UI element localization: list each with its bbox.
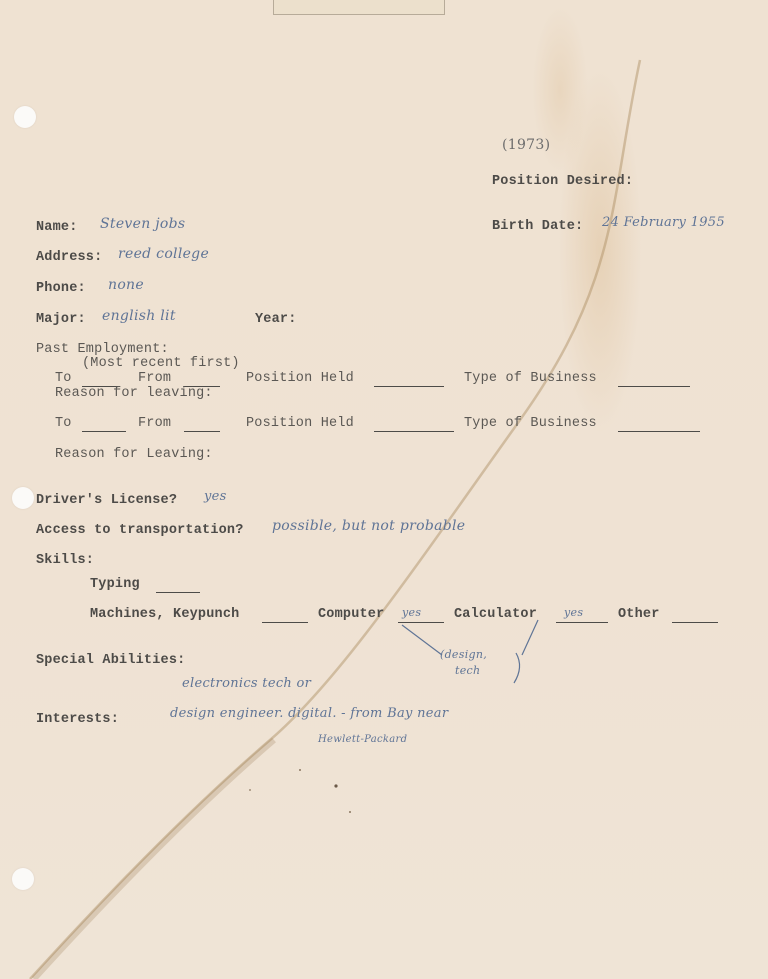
transportation-label: Access to transportation?: [36, 523, 244, 538]
special-abilities-value: electronics tech or: [182, 676, 311, 691]
transportation-value: possible, but not probable: [272, 518, 465, 534]
other-label: Other: [618, 607, 660, 622]
phone-value: none: [108, 277, 144, 293]
phone-label: Phone:: [36, 281, 86, 296]
major-value: english lit: [102, 308, 176, 324]
to-label: To: [55, 371, 72, 386]
year-annotation: (1973): [502, 137, 550, 153]
past-employment-label: Past Employment:: [36, 342, 169, 357]
typing-label: Typing: [90, 577, 140, 592]
from-blank: [184, 421, 220, 432]
to-label: To: [55, 416, 72, 431]
interests-value: design engineer. digital. - from Bay nea…: [170, 706, 448, 721]
type-of-business-label: Type of Business: [464, 371, 597, 386]
hole-punch-top: [14, 106, 36, 128]
typing-blank: [156, 582, 200, 593]
address-value: reed college: [118, 246, 209, 262]
past-employment-note: (Most recent first): [82, 356, 240, 371]
other-blank: [672, 612, 718, 623]
position-desired-label: Position Desired:: [492, 174, 633, 189]
interests-value-line2: Hewlett-Packard: [318, 734, 407, 745]
hole-punch-bottom: [12, 868, 34, 890]
reason-for-leaving-label: Reason for leaving:: [55, 386, 213, 401]
skills-annotation-line2: tech: [455, 664, 480, 677]
major-label: Major:: [36, 312, 86, 327]
position-held-blank: [374, 421, 454, 432]
name-label: Name:: [36, 220, 78, 235]
to-blank: [82, 421, 126, 432]
hole-punch-middle: [12, 487, 34, 509]
address-label: Address:: [36, 250, 102, 265]
position-held-label: Position Held: [246, 371, 354, 386]
reason-for-leaving-label: Reason for Leaving:: [55, 447, 213, 462]
type-of-business-blank: [618, 376, 690, 387]
year-label: Year:: [255, 312, 297, 327]
type-of-business-label: Type of Business: [464, 416, 597, 431]
birth-date-value: 24 February 1955: [602, 215, 725, 230]
machines-keypunch-label: Machines, Keypunch: [90, 607, 239, 622]
from-label: From: [138, 371, 171, 386]
position-held-label: Position Held: [246, 416, 354, 431]
keypunch-blank: [262, 612, 308, 623]
interests-label: Interests:: [36, 712, 119, 727]
birth-date-label: Birth Date:: [492, 219, 583, 234]
special-abilities-label: Special Abilities:: [36, 653, 185, 668]
drivers-license-value: yes: [204, 489, 227, 504]
calculator-value: yes: [564, 606, 583, 619]
position-held-blank: [374, 376, 444, 387]
type-of-business-blank: [618, 421, 700, 432]
skills-annotation-line1: (design,: [440, 648, 487, 661]
computer-label: Computer: [318, 607, 384, 622]
paper-background: [0, 0, 768, 979]
top-tab-box: [273, 0, 445, 15]
name-value: Steven jobs: [100, 216, 185, 232]
skills-label: Skills:: [36, 553, 94, 568]
from-label: From: [138, 416, 171, 431]
drivers-license-label: Driver's License?: [36, 493, 177, 508]
